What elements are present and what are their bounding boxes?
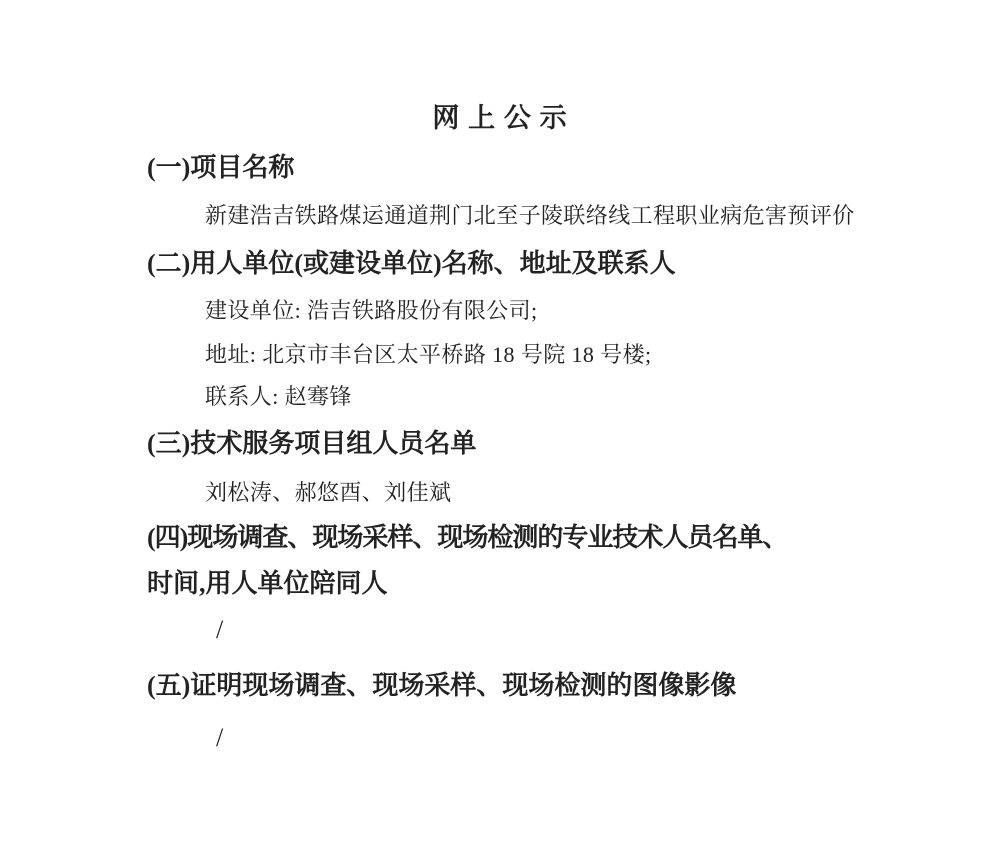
section-5-heading: (五)证明现场调查、现场采样、现场检测的图像影像 bbox=[147, 670, 736, 701]
section-2-contact-person: 联系人: 赵骞锋 bbox=[205, 384, 352, 410]
section-1-project-name: 新建浩吉铁路煤运通道荆门北至子陵联络线工程职业病危害预评价 bbox=[205, 203, 855, 229]
section-2-construction-unit: 建设单位: 浩吉铁路股份有限公司; bbox=[205, 298, 538, 324]
section-2-address: 地址: 北京市丰台区太平桥路 18 号院 18 号楼; bbox=[205, 342, 652, 368]
document-page: 网 上 公 示 (一)项目名称 新建浩吉铁路煤运通道荆门北至子陵联络线工程职业病… bbox=[0, 0, 1000, 856]
section-2-heading: (二)用人单位(或建设单位)名称、地址及联系人 bbox=[147, 248, 676, 279]
section-3-staff-names: 刘松涛、郝悠酉、刘佳斌 bbox=[205, 480, 451, 506]
section-4-heading-line2: 时间,用人单位陪同人 bbox=[147, 568, 388, 599]
section-5-placeholder-slash: / bbox=[216, 722, 223, 753]
section-1-heading: (一)项目名称 bbox=[147, 152, 294, 183]
doc-title: 网 上 公 示 bbox=[0, 102, 1000, 134]
section-3-heading: (三)技术服务项目组人员名单 bbox=[147, 428, 476, 459]
section-4-placeholder-slash: / bbox=[216, 614, 223, 645]
section-4-heading-line1: (四)现场调查、现场采样、现场检测的专业技术人员名单、 bbox=[147, 522, 787, 553]
